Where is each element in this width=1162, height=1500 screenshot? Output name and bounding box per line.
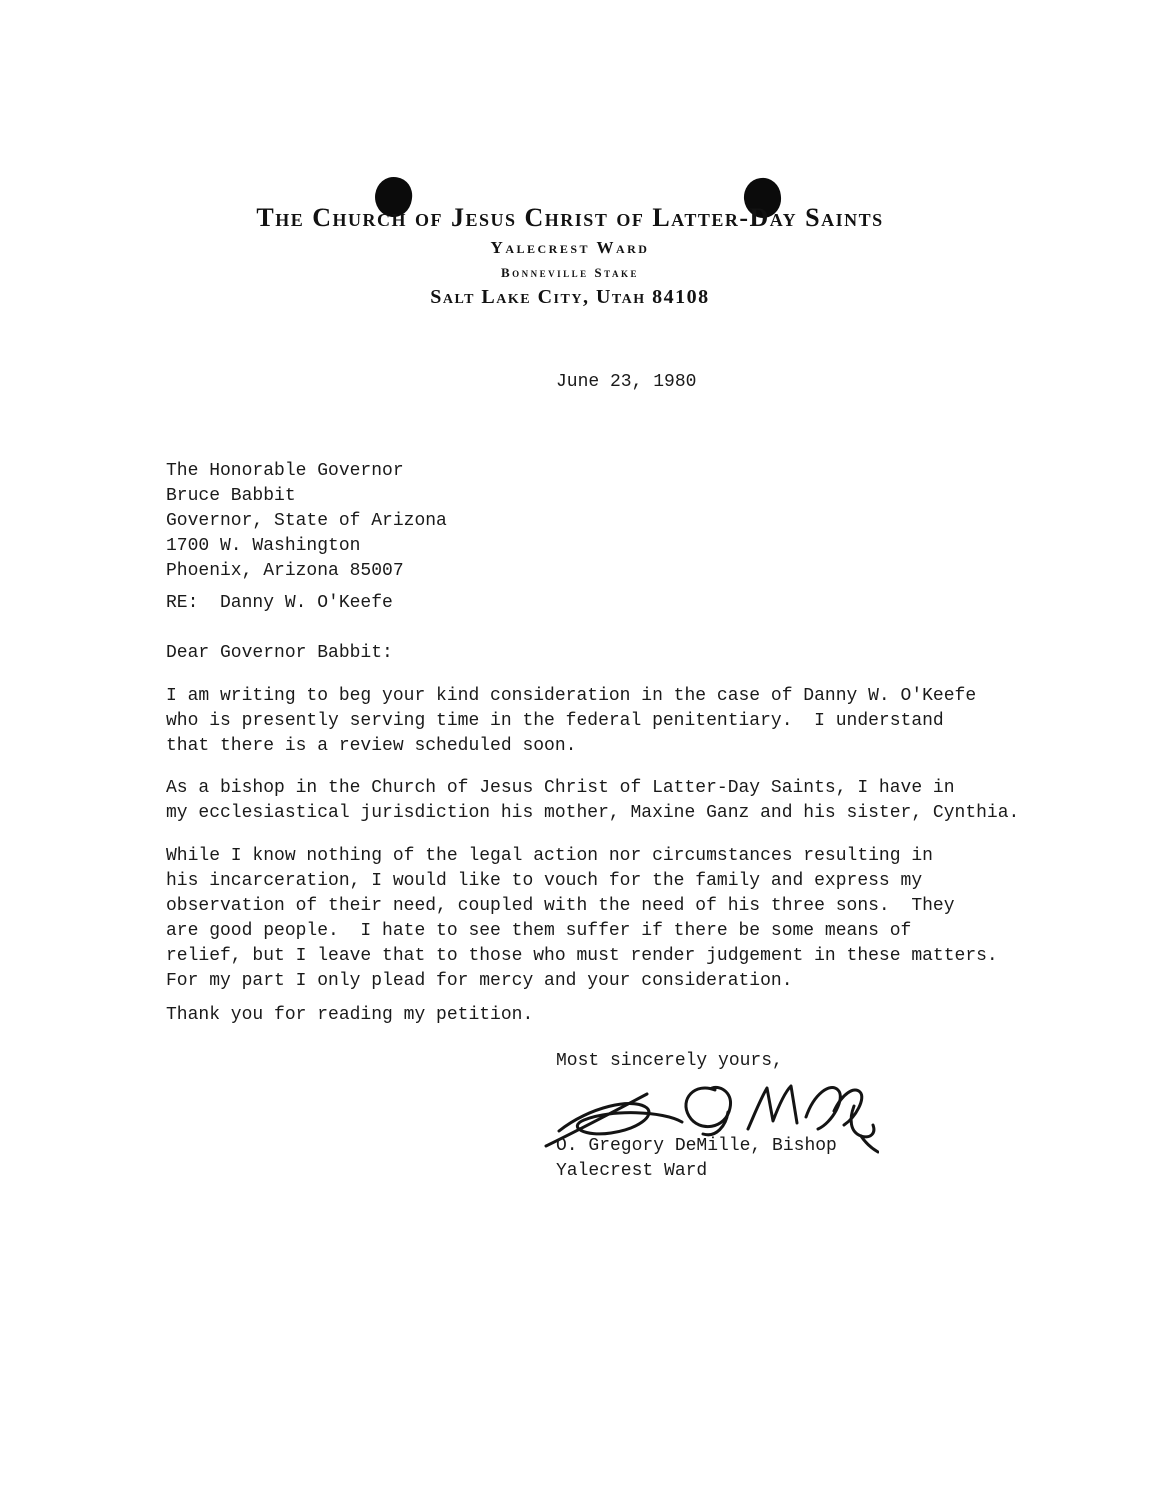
letterhead-ward: Yalecrest Ward xyxy=(0,238,1140,258)
body-paragraph-4: Thank you for reading my petition. xyxy=(166,1003,533,1028)
body-paragraph-1: I am writing to beg your kind considerat… xyxy=(166,684,976,759)
subject-line: RE: Danny W. O'Keefe xyxy=(166,591,393,616)
signer-name: O. Gregory DeMille, Bishop xyxy=(556,1134,837,1159)
salutation: Dear Governor Babbit: xyxy=(166,641,393,666)
recipient-address: The Honorable Governor Bruce Babbit Gove… xyxy=(166,459,447,584)
letterhead-city: Salt Lake City, Utah 84108 xyxy=(0,286,1140,309)
letterhead-stake: Bonneville Stake xyxy=(0,265,1140,281)
letter-date: June 23, 1980 xyxy=(556,370,696,395)
scanned-letter-page: The Church of Jesus Christ of Latter-Day… xyxy=(0,0,1162,1500)
body-paragraph-3: While I know nothing of the legal action… xyxy=(166,844,998,994)
signer-ward: Yalecrest Ward xyxy=(556,1159,707,1184)
letterhead-organization: The Church of Jesus Christ of Latter-Day… xyxy=(0,203,1140,233)
body-paragraph-2: As a bishop in the Church of Jesus Chris… xyxy=(166,776,1019,826)
valediction: Most sincerely yours, xyxy=(556,1049,783,1074)
